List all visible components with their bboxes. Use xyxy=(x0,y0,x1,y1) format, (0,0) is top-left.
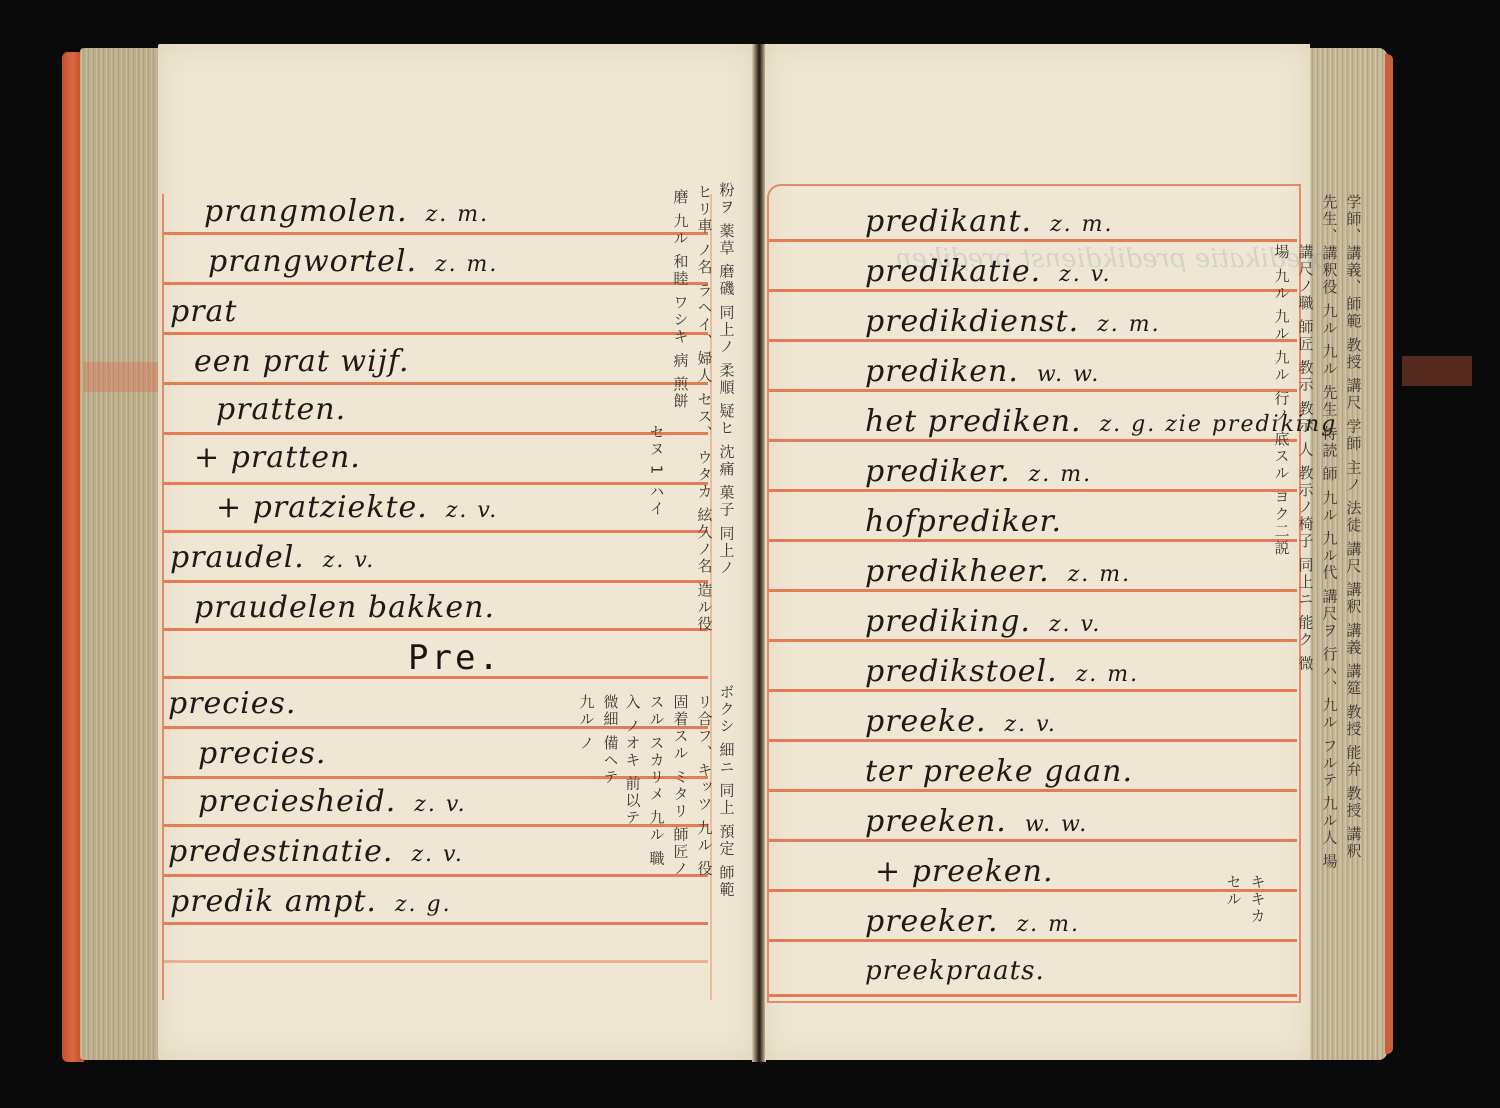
dictionary-entry: predikdienst.z. m. xyxy=(865,304,1161,339)
rule-line xyxy=(164,432,708,435)
rule-line xyxy=(769,994,1297,997)
dictionary-entry: preekpraats. xyxy=(865,956,1045,986)
dictionary-entry: precies. xyxy=(168,686,296,721)
dictionary-entry: prediken.w. w. xyxy=(865,354,1100,389)
rule-line xyxy=(769,839,1297,842)
dictionary-entry: ter preeke gaan. xyxy=(865,754,1133,789)
book-cover-right-edge xyxy=(1385,54,1393,1054)
japanese-gloss-column: セヌ 1 ハイ xyxy=(648,424,665,574)
rule-line xyxy=(769,889,1297,892)
rule-line xyxy=(164,332,708,335)
dictionary-entry: preeke.z. v. xyxy=(865,704,1057,739)
left-page: prangmolen.z. m. prangwortel.z. m. prat … xyxy=(158,44,754,1060)
dictionary-entry: pratten. xyxy=(216,392,346,427)
dictionary-entry: + pratziekte.z. v. xyxy=(216,490,498,525)
dictionary-entry: hofprediker. xyxy=(865,504,1062,539)
dictionary-entry: een prat wijf. xyxy=(194,344,410,379)
japanese-gloss-column: リ合フ、キッツ 九ル 役 xyxy=(696,694,713,944)
dictionary-entry: predikatie.z. v. xyxy=(865,254,1112,289)
rule-line xyxy=(164,382,708,385)
japanese-gloss-column: 固着スル ミタリ 師匠ノ xyxy=(672,694,689,944)
dictionary-entry: preciesheid.z. v. xyxy=(198,784,467,819)
dictionary-entry: prediking.z. v. xyxy=(865,604,1101,639)
dictionary-entry: predestinatie.z. v. xyxy=(168,834,464,869)
rule-line xyxy=(164,530,708,533)
japanese-gloss-column: 入 ノオキ 前以テ xyxy=(624,694,641,944)
dictionary-entry: prat xyxy=(170,294,238,329)
rule-line xyxy=(769,539,1297,542)
dictionary-entry: prangmolen.z. m. xyxy=(204,194,489,229)
dictionary-entry: precies. xyxy=(198,736,326,771)
rule-line xyxy=(164,580,708,583)
dictionary-entry: preeker.z. m. xyxy=(865,904,1080,939)
rule-line xyxy=(769,739,1297,742)
dictionary-entry: predik ampt.z. g. xyxy=(170,884,452,919)
section-heading: Pre. xyxy=(408,638,502,678)
rule-line xyxy=(164,482,708,485)
dictionary-entry: prediker.z. m. xyxy=(865,454,1092,489)
japanese-gloss-column: 場 九ル 九ル 九ル 行ノ 底スル ヨク二説 xyxy=(1273,244,1290,894)
dictionary-entry: + preeken. xyxy=(875,854,1054,889)
dictionary-entry: preeken.w. w. xyxy=(865,804,1088,839)
japanese-gloss-column: 講尺ノ職 師匠 教示 教示 人 教示ノ椅子 同上ニ 能ク 微 xyxy=(1297,244,1314,844)
rule-line xyxy=(769,489,1297,492)
dictionary-entry: praudel.z. v. xyxy=(170,540,375,575)
rule-line xyxy=(769,639,1297,642)
rule-line xyxy=(164,960,708,963)
rule-line xyxy=(769,439,1297,442)
japanese-gloss-column: 九ル ノ xyxy=(578,694,595,944)
dictionary-entry: predikant.z. m. xyxy=(865,204,1114,239)
japanese-gloss-column: 粉ヲ 薬草 磨磯 同上ノ 柔順 疑ヒ 沈痛 菓子 同上ノ xyxy=(718,182,735,682)
open-book: prangmolen.z. m. prangwortel.z. m. prat … xyxy=(62,44,1407,1066)
rule-line xyxy=(769,239,1297,242)
rule-line xyxy=(164,232,708,235)
japanese-gloss-column: スル スカリメ 九ル 職 xyxy=(648,694,665,944)
rule-line xyxy=(769,789,1297,792)
rule-line xyxy=(769,939,1297,942)
red-tab-mark-left xyxy=(84,362,164,392)
japanese-gloss-column: 磨 九ル 和睦 ワシキ 病 煎餅 xyxy=(672,189,689,589)
dictionary-entry: predikheer.z. m. xyxy=(865,554,1131,589)
japanese-gloss-column: キキカ xyxy=(1249,874,1266,934)
page-stack-left xyxy=(80,48,162,1060)
rule-line xyxy=(164,628,708,631)
dictionary-entry: prangwortel.z. m. xyxy=(208,244,498,279)
dictionary-entry: predikstoel.z. m. xyxy=(865,654,1139,689)
rule-line xyxy=(769,339,1297,342)
japanese-gloss-column: 学師、講義、師範 教授 講尺 学師 主ノ 法徒 講尺 講釈 講義 講筵 教授 能… xyxy=(1345,194,1362,1014)
dictionary-entry: praudelen bakken. xyxy=(194,590,495,625)
japanese-gloss-column: ヒリ車 ノ名 ラヘイ、婦人 セス、 ウタカ 絃久ノ名 造ル役 xyxy=(696,184,713,664)
rule-line xyxy=(164,282,708,285)
red-tab-mark-right xyxy=(1402,356,1472,386)
rule-line xyxy=(769,589,1297,592)
rule-line xyxy=(769,389,1297,392)
japanese-gloss-column: ボクシ 細ニ 同上 預定 師範 xyxy=(718,684,735,984)
japanese-gloss-column: セル xyxy=(1225,874,1242,934)
dictionary-entry: het prediken.z. g. zie prediking xyxy=(865,404,1337,439)
japanese-gloss-column: 微細 備ヘテ xyxy=(602,694,619,944)
book-gutter xyxy=(752,44,766,1062)
rule-line xyxy=(769,689,1297,692)
right-page: predikatie predikdienst prediken predika… xyxy=(765,44,1310,1060)
dictionary-entry: + pratten. xyxy=(194,440,361,475)
rule-line xyxy=(769,289,1297,292)
japanese-gloss-column: 先生、講釈役 九ル 九ル 先生 侍読 師 九ル 九ル代 講尺ヲ 行ハ、九ル フル… xyxy=(1321,194,1338,974)
